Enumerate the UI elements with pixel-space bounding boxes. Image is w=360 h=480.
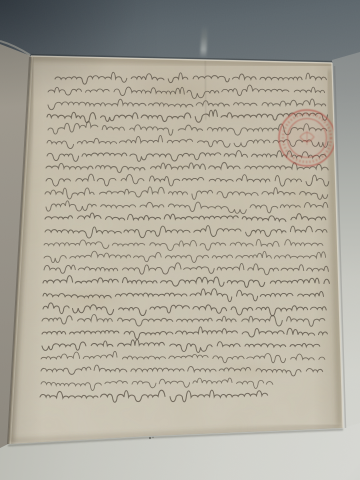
photo-frame <box>0 0 360 480</box>
photo-grain <box>0 0 360 480</box>
page-edges <box>0 0 360 480</box>
